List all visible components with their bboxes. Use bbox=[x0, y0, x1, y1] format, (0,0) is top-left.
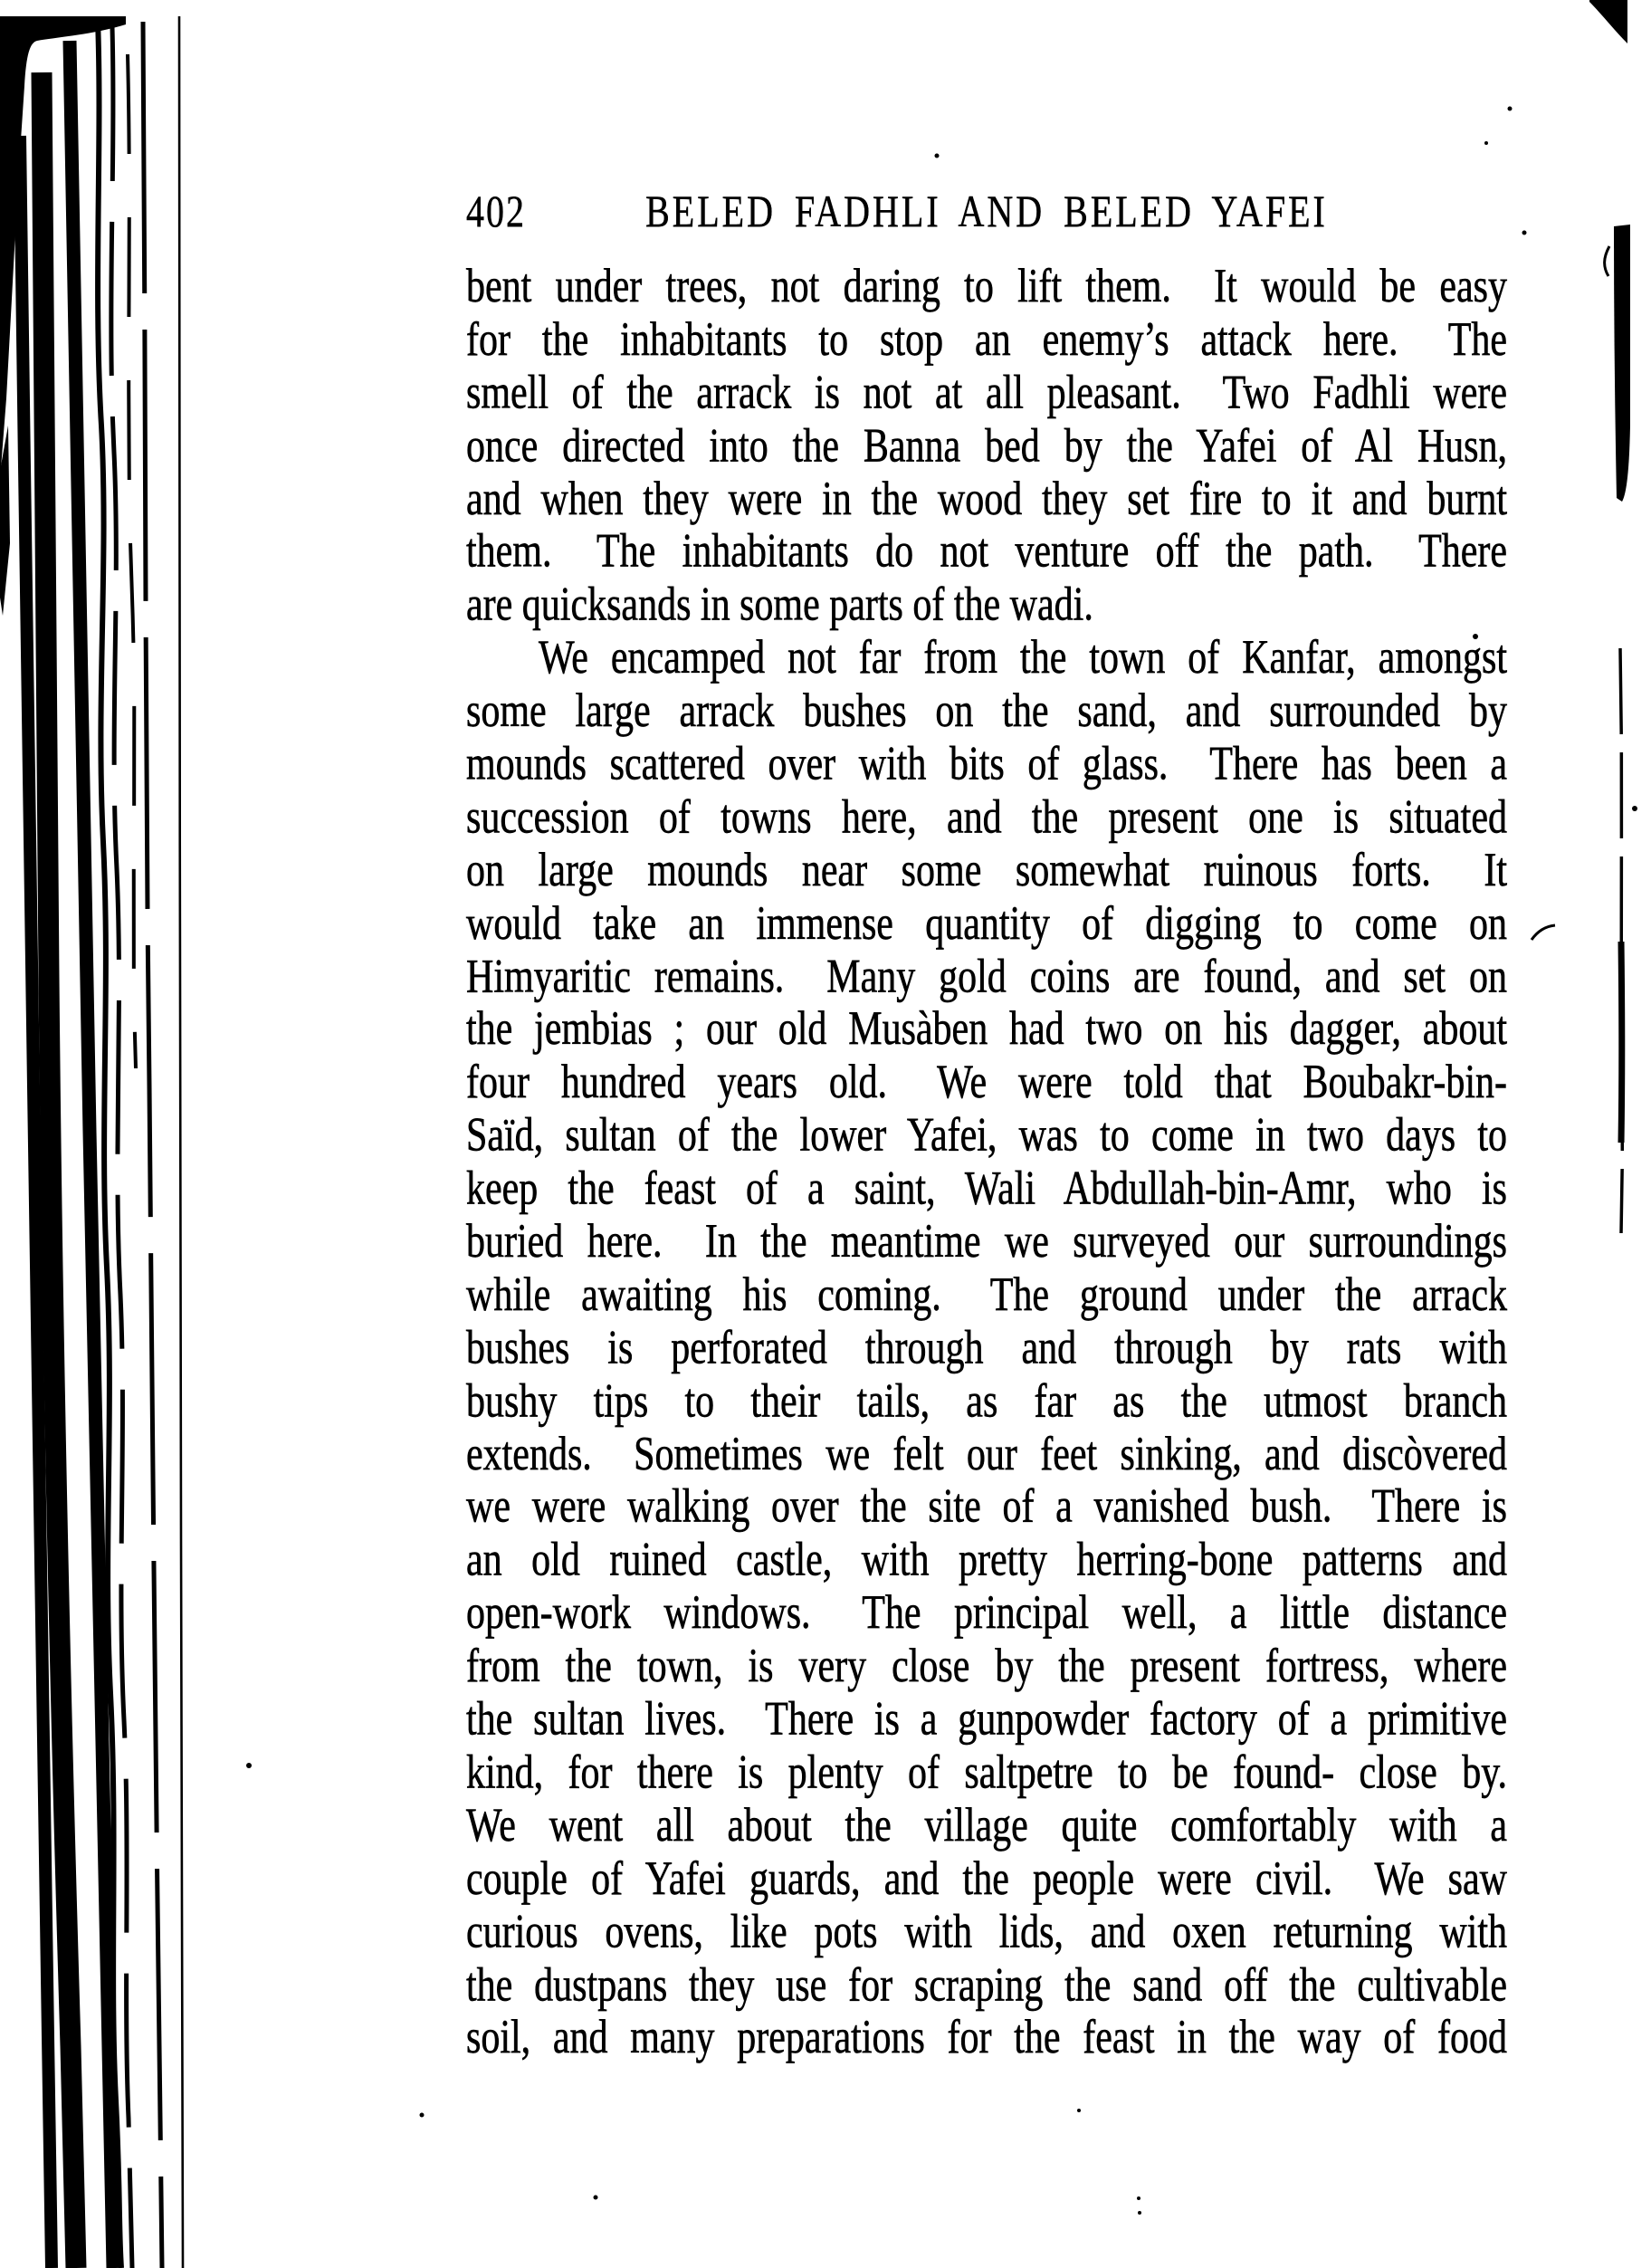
text-line-p2-17: we were walking over the site of a vanis… bbox=[466, 1481, 1507, 1535]
text-line-p2-5: on large mounds near some somewhat ruino… bbox=[466, 845, 1507, 898]
text-line-p1-5: and when they were in the wood they set … bbox=[466, 473, 1507, 526]
text-line-p2-25: curious ovens, like pots with lids, and … bbox=[466, 1906, 1507, 1959]
corner-mark bbox=[1589, 0, 1627, 43]
book-gutter-shadow bbox=[0, 16, 183, 2268]
text-line-p1-3: smell of the arrack is not at all pleasa… bbox=[466, 367, 1507, 420]
text-line-p2-19: open-work windows. The principal well, a… bbox=[466, 1587, 1507, 1641]
book-page-scan: 402 BELED FADHLI AND BELED YAFEI bent un… bbox=[0, 0, 1651, 2268]
running-title: BELED FADHLI AND BELED YAFEI bbox=[466, 187, 1507, 236]
text-line-p2-26: the dustpans they use for scraping the s… bbox=[466, 1959, 1507, 2013]
text-line-p2-2: some large arrack bushes on the sand, an… bbox=[466, 685, 1507, 739]
text-line-p2-13: while awaiting his coming. The ground un… bbox=[466, 1269, 1507, 1323]
page-text: bent under trees, not daring to lift the… bbox=[466, 261, 1507, 2065]
text-line-p2-1: We encamped not far from the town of Kan… bbox=[466, 632, 1507, 685]
text-line-p1-1: bent under trees, not daring to lift the… bbox=[466, 261, 1507, 314]
text-line-p2-18: an old ruined castle, with pretty herrin… bbox=[466, 1535, 1507, 1588]
text-line-p2-8: the jembias ; our old Musàben had two on… bbox=[466, 1004, 1507, 1057]
text-line-p2-12: buried here. In the meantime we surveyed… bbox=[466, 1216, 1507, 1269]
right-edge-artifacts bbox=[1532, 0, 1630, 1233]
text-line-p2-22: kind, for there is plenty of saltpetre t… bbox=[466, 1746, 1507, 1800]
text-line-p2-11: keep the feast of a saint, Wali Abdullah… bbox=[466, 1163, 1507, 1216]
text-line-p2-14: bushes is perforated through and through… bbox=[466, 1322, 1507, 1375]
text-line-p2-10: Saïd, sultan of the lower Yafei, was to … bbox=[466, 1110, 1507, 1163]
text-line-p2-23: We went all about the village quite comf… bbox=[466, 1800, 1507, 1853]
text-line-p2-20: from the town, is very close by the pres… bbox=[466, 1641, 1507, 1694]
text-line-p2-21: the sultan lives. There is a gunpowder f… bbox=[466, 1694, 1507, 1747]
text-line-p2-7: Himyaritic remains. Many gold coins are … bbox=[466, 951, 1507, 1004]
text-line-p2-3: mounds scattered over with bits of glass… bbox=[466, 739, 1507, 792]
text-line-p2-16: extends. Sometimes we felt our feet sink… bbox=[466, 1428, 1507, 1481]
text-line-p2-15: bushy tips to their tails, as far as the… bbox=[466, 1375, 1507, 1429]
text-line-p1-6: them. The inhabitants do not venture off… bbox=[466, 526, 1507, 579]
page-header: 402 BELED FADHLI AND BELED YAFEI bbox=[466, 187, 1507, 250]
text-line-p2-4: succession of towns here, and the presen… bbox=[466, 791, 1507, 845]
text-line-p2-9: four hundred years old. We were told tha… bbox=[466, 1057, 1507, 1110]
text-line-p2-6: would take an immense quantity of diggin… bbox=[466, 897, 1507, 951]
text-line-p2-24: couple of Yafei guards, and the people w… bbox=[466, 1852, 1507, 1906]
text-line-p1-4: once directed into the Banna bed by the … bbox=[466, 420, 1507, 474]
edge-bar bbox=[1614, 225, 1630, 502]
text-line-p1-7: are quicksands in some parts of the wadi… bbox=[466, 579, 1507, 633]
page-number: 402 bbox=[466, 187, 526, 236]
pen-swash bbox=[1532, 925, 1555, 940]
text-line-p1-2: for the inhabitants to stop an enemy’s a… bbox=[466, 314, 1507, 368]
text-line-p2-27: soil, and many preparations for the feas… bbox=[466, 2012, 1507, 2065]
